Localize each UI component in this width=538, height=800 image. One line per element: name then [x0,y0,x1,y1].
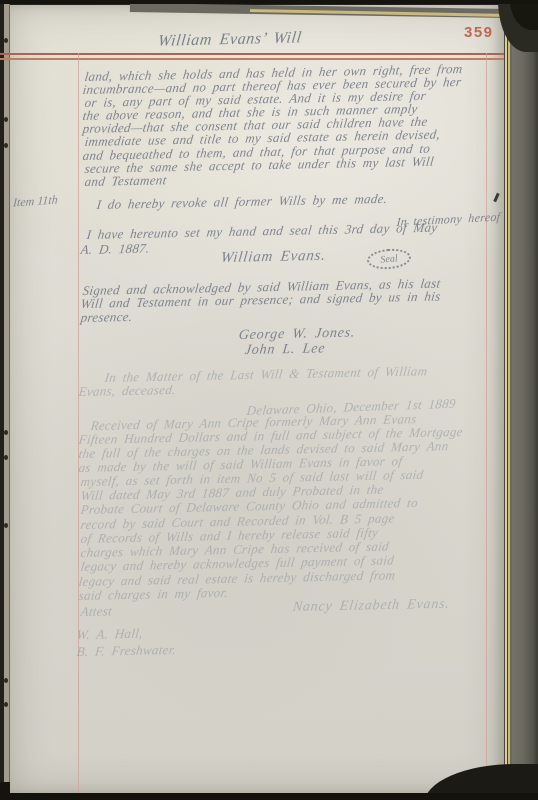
stitch-dot [4,143,8,148]
page-title: William Evans’ Will [157,29,303,51]
header-rule-bottom [0,58,504,60]
handwriting-line: said charges in my favor. [78,586,229,602]
stitch-dot [4,678,8,683]
attest-signature: W. A. Hall, [76,627,144,641]
book-scan: William Evans’ Will 359 Item 11th Seal l… [0,0,538,800]
page-number: 359 [464,24,494,41]
witness-signature: George W. Jones. [238,327,356,342]
left-margin-rule [78,53,79,793]
stitch-dot [4,523,8,528]
handwriting-line: A. D. 1887. [80,242,150,256]
gutter-line [9,0,10,800]
witness-signature: John L. Lee [244,342,326,357]
handwriting-line: Attest [80,604,113,618]
stitch-dot [4,117,8,122]
handwriting-line: and Testament [84,173,167,188]
receipt-signature: Nancy Elizabeth Evans. [292,598,450,614]
bottom-edge-shadow [0,793,538,800]
right-margin-rule [486,53,487,793]
book-cover-right [512,0,538,800]
handwriting-line: Evans, deceased. [78,383,177,398]
margin-note-item-11: Item 11th [13,192,59,210]
bottom-left-shadow [0,782,10,800]
top-edge-shadow [0,0,538,4]
stitch-dot [4,455,8,460]
handwriting-line: presence. [80,310,133,324]
testator-signature: William Evans. [220,250,327,265]
stitch-dot [4,702,8,707]
header-rule-top [0,53,504,55]
stitch-dot [4,38,8,43]
attest-signature: B. F. Freshwater. [76,643,177,658]
stitch-dot [4,430,8,435]
